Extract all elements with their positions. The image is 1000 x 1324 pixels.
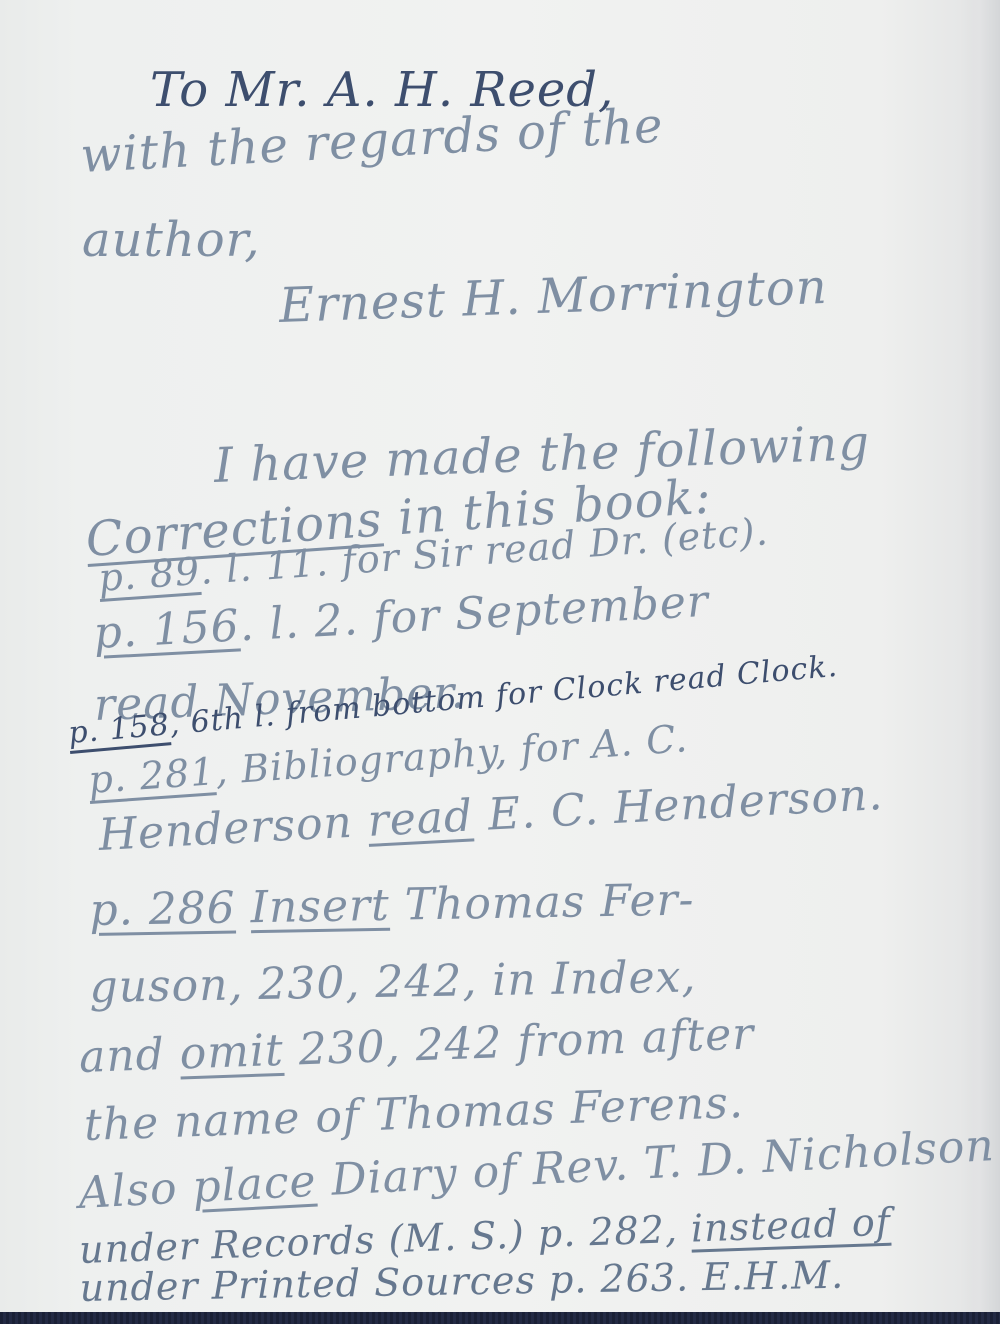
correction-item-p286-continuation-2: and omit 230, 242 from after [78,1008,755,1083]
dedication-line-3: author, [82,212,261,268]
correction-item-p286-continuation-1: guson, 230, 242, in Index, [89,951,697,1013]
book-cloth-binding [0,1312,1000,1324]
book-page: To Mr. A. H. Reed, with the regards of t… [0,0,1000,1314]
page-gutter-shadow [966,0,1000,1314]
correction-item-p286: p. 286 Insert Thomas Fer- [89,874,695,936]
author-signature: Ernest H. Morrington [278,259,829,334]
author-initials: E.H.M. [702,1253,845,1299]
